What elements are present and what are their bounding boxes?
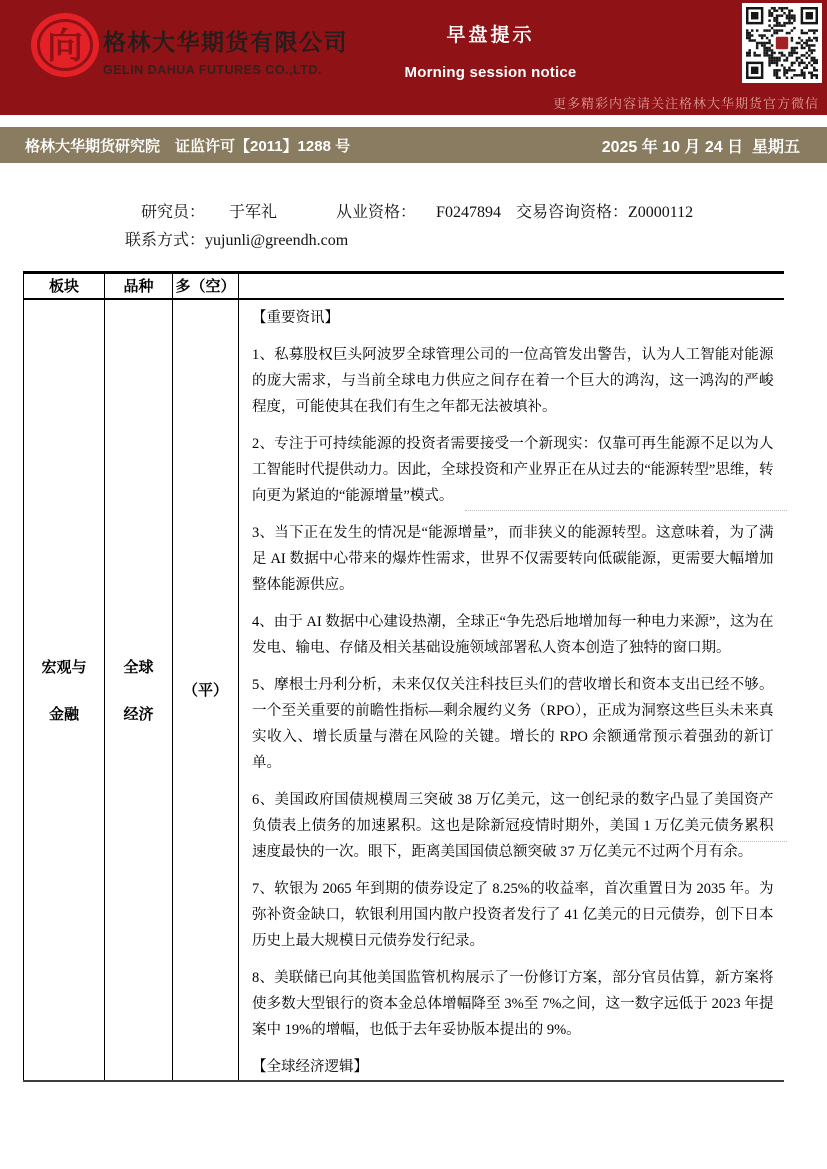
advisory-number: Z0000112 xyxy=(628,204,693,221)
company-name-cn: 格林大华期货有限公司 xyxy=(103,24,348,57)
wechat-note: 更多精彩内容请关注格林大华期货官方微信 xyxy=(553,93,819,112)
variety-line: 经济 xyxy=(105,703,172,724)
analysis-table: 板块 品种 多（空） 宏观与 金融 全球 经济 （平） 【重要资讯】 1、私 xyxy=(23,271,784,1082)
contact-email: yujunli@greendh.com xyxy=(205,232,348,249)
letterhead: 向 格林大华期货有限公司 GELIN DAHUA FUTURES CO.,LTD… xyxy=(0,0,827,115)
variety-cell: 全球 经济 xyxy=(105,299,173,1081)
qualification-label: 从业资格： xyxy=(336,204,416,221)
researcher-name: 于军礼 xyxy=(229,204,277,221)
dotted-line-artifact xyxy=(465,510,787,511)
subheader-band: 格林大华期货研究院 证监许可【2011】1288 号 2025 年 10 月 2… xyxy=(0,127,827,163)
advisory-label: 交易咨询资格： xyxy=(516,204,628,221)
news-paragraph-4: 4、由于 AI 数据中心建设热潮，全球正“争先恐后地增加每一种电力来源”，这为在… xyxy=(252,609,774,661)
logo-glyph: 向 xyxy=(47,26,83,66)
qr-code xyxy=(742,3,822,83)
news-paragraph-6: 6、美国政府国债规模周三突破 38 万亿美元，这一创纪录的数字凸显了美国资产负债… xyxy=(252,787,774,865)
news-paragraph-8: 8、美联储已向其他美国监管机构展示了一份修订方案，部分官员估算，新方案将使多数大… xyxy=(252,965,774,1043)
news-paragraph-2: 2、专注于可持续能源的投资者需要接受一个新现实：仅靠可再生能源不足以为人工智能时… xyxy=(252,431,774,509)
researcher-label: 研究员： xyxy=(141,204,205,221)
date-text: 2025 年 10 月 24 日 星期五 xyxy=(602,134,800,157)
news-paragraph-3: 3、当下正在发生的情况是“能源增量”，而非狭义的能源转型。这意味着，为了满足 A… xyxy=(252,520,774,598)
institute-license-text: 格林大华期货研究院 证监许可【2011】1288 号 xyxy=(25,135,350,156)
dotted-line-artifact xyxy=(692,841,787,842)
company-name-block: 格林大华期货有限公司 GELIN DAHUA FUTURES CO.,LTD. xyxy=(103,24,348,77)
variety-line: 全球 xyxy=(105,656,172,677)
qualification-number: F0247894 xyxy=(436,204,501,221)
sector-cell: 宏观与 金融 xyxy=(24,299,105,1081)
col-header-position: 多（空） xyxy=(173,273,239,299)
doc-title-cn: 早盘提示 xyxy=(403,20,578,47)
sector-line: 宏观与 xyxy=(24,656,104,677)
document-page: 向 格林大华期货有限公司 GELIN DAHUA FUTURES CO.,LTD… xyxy=(0,0,827,1169)
doc-title-en: Morning session notice xyxy=(403,64,578,81)
qr-center-logo xyxy=(776,37,788,49)
col-header-content xyxy=(239,273,784,299)
section-title-global-logic: 【全球经济逻辑】 xyxy=(252,1054,774,1080)
company-name-en: GELIN DAHUA FUTURES CO.,LTD. xyxy=(103,63,348,77)
contact-label: 联系方式： xyxy=(125,232,205,249)
position-cell: （平） xyxy=(173,299,239,1081)
table-header-row: 板块 品种 多（空） xyxy=(24,273,784,299)
table-row: 宏观与 金融 全球 经济 （平） 【重要资讯】 1、私募股权巨头阿波罗全球管理公… xyxy=(24,299,784,1081)
content-cell: 【重要资讯】 1、私募股权巨头阿波罗全球管理公司的一位高管发出警告，认为人工智能… xyxy=(239,299,784,1081)
news-paragraph-7: 7、软银为 2065 年到期的债券设定了 8.25%的收益率，首次重置日为 20… xyxy=(252,876,774,954)
news-paragraph-5: 5、摩根士丹利分析，未来仅仅关注科技巨头们的营收增长和资本支出已经不够。一个至关… xyxy=(252,672,774,776)
contact-line: 联系方式：yujunli@greendh.com xyxy=(125,227,348,250)
sector-line: 金融 xyxy=(24,703,104,724)
col-header-sector: 板块 xyxy=(24,273,105,299)
section-title-important-news: 【重要资讯】 xyxy=(252,303,774,331)
news-paragraph-1: 1、私募股权巨头阿波罗全球管理公司的一位高管发出警告，认为人工智能对能源的庞大需… xyxy=(252,342,774,420)
company-logo-icon: 向 xyxy=(30,12,100,78)
col-header-variety: 品种 xyxy=(105,273,173,299)
doc-title-block: 早盘提示 Morning session notice xyxy=(403,20,578,81)
